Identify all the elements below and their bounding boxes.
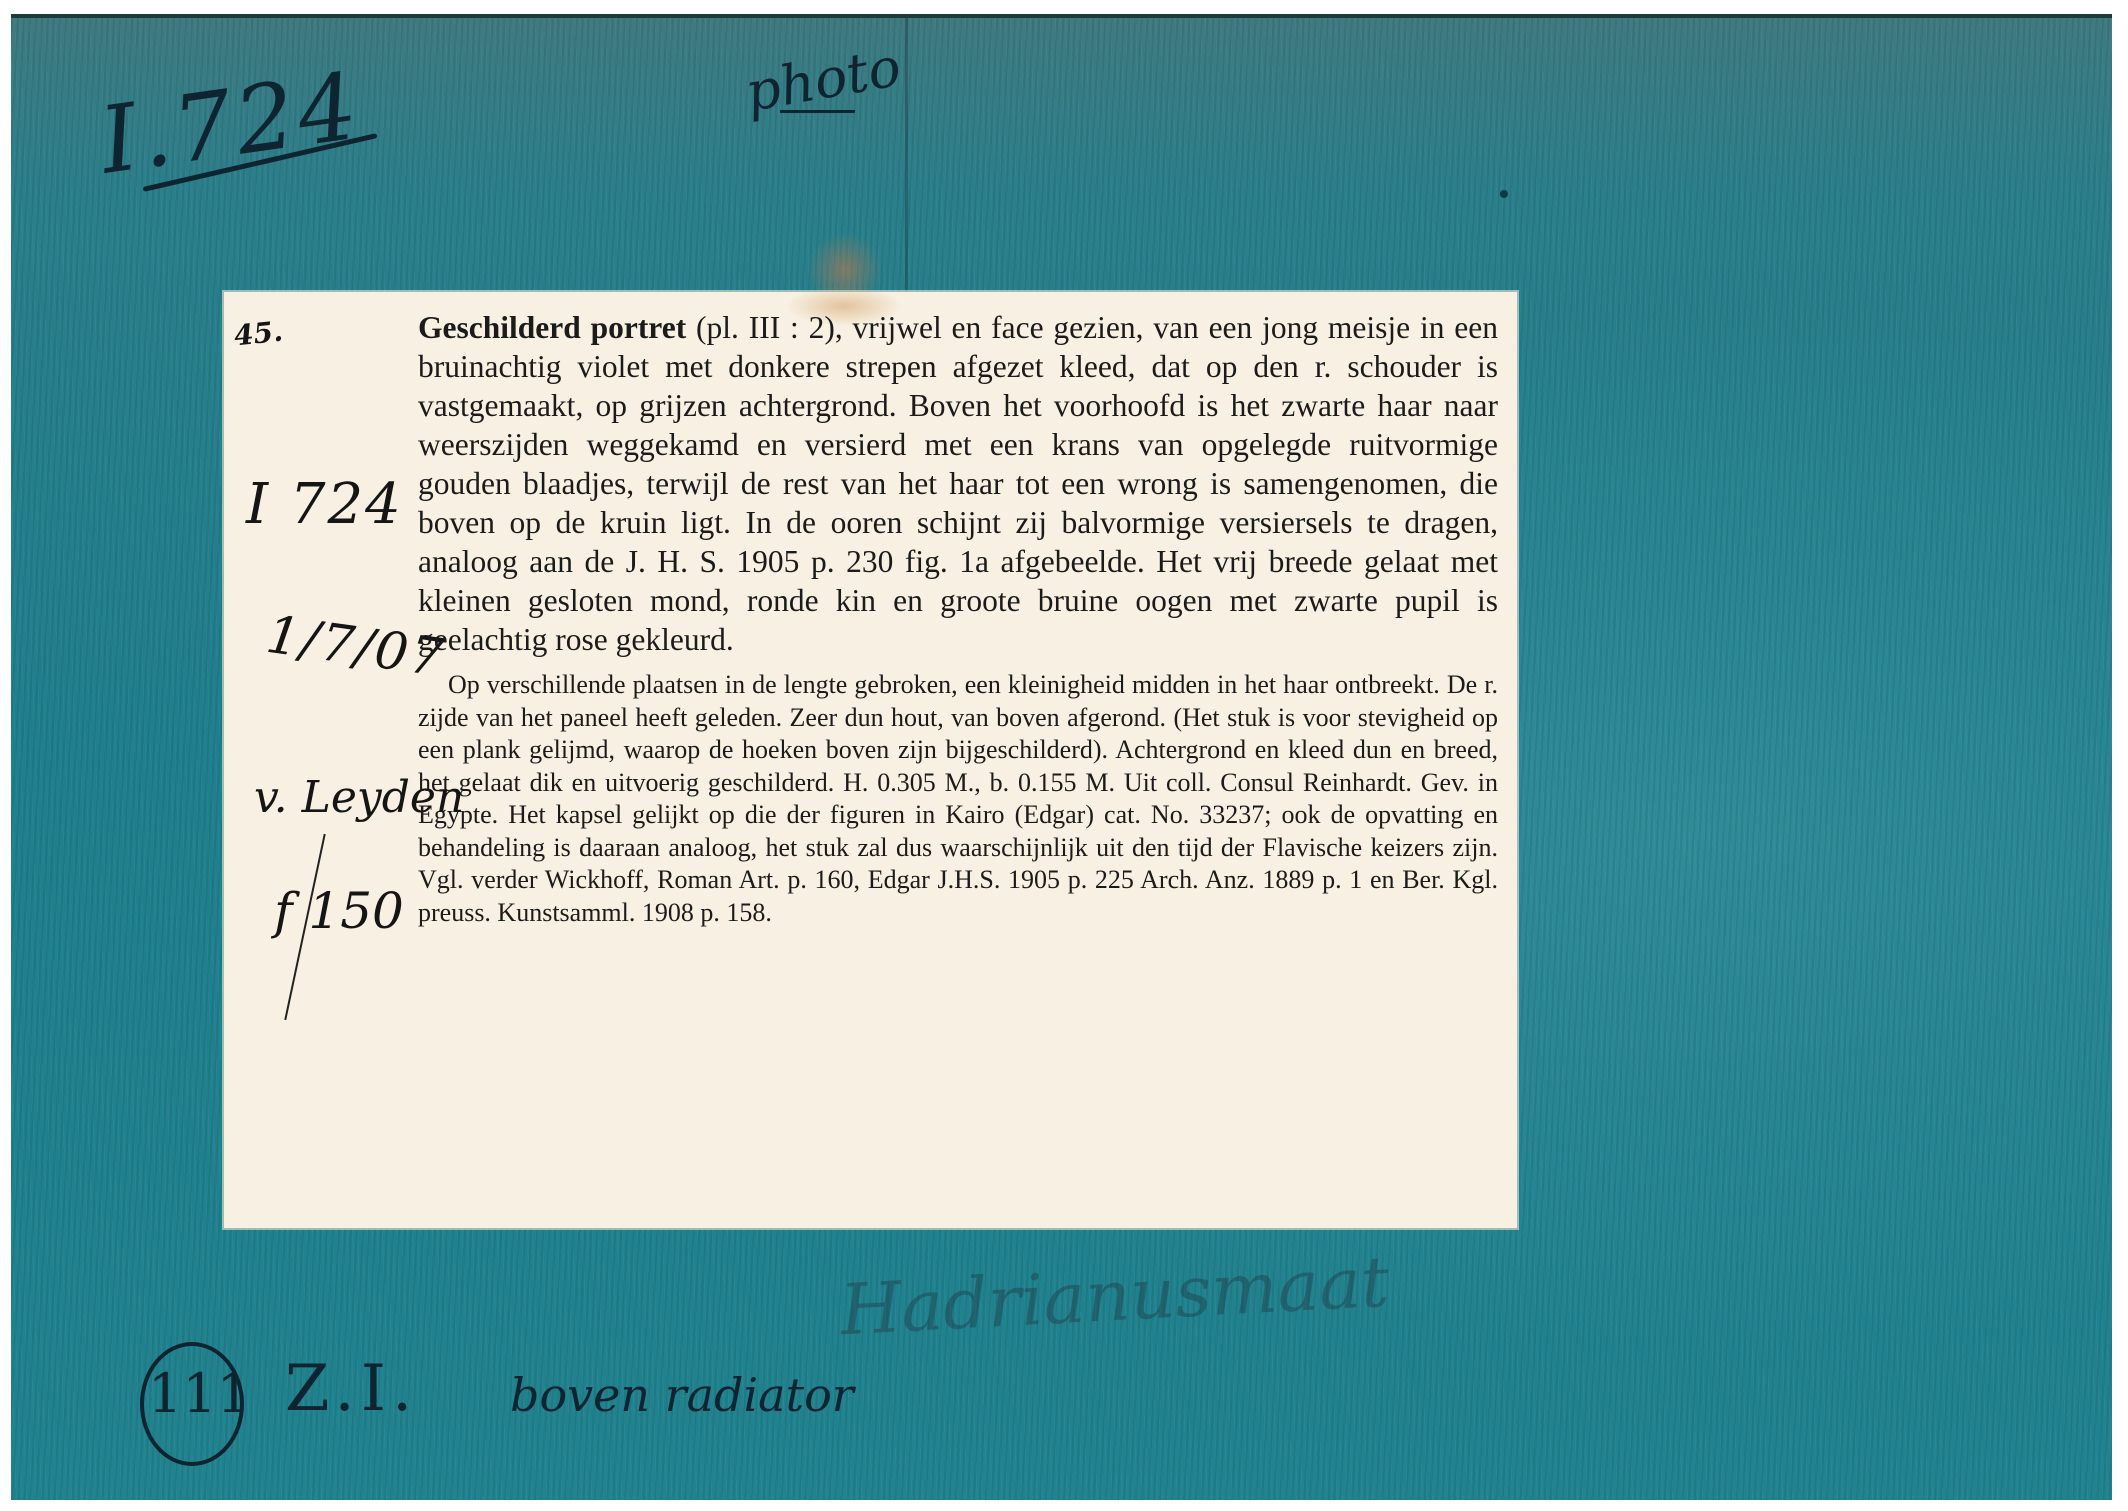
handwritten-price: f 150 [274, 882, 404, 940]
ink-dot [1500, 190, 1508, 198]
handwritten-inventory-margin: I 724 [246, 472, 403, 537]
location-note: boven radiator [510, 1368, 854, 1422]
entry-condition-notes: Op verschillende plaatsen in de lengte g… [418, 669, 1498, 929]
entry-description: Geschilderd portret (pl. III : 2), vrijw… [418, 308, 1498, 659]
handwritten-underline [780, 110, 855, 113]
board-fold-crease [905, 18, 908, 318]
catalogue-entry-number: 45. [232, 315, 284, 353]
catalogue-entry: Geschilderd portret (pl. III : 2), vrijw… [418, 308, 1498, 929]
entry-title: Geschilderd portret [418, 310, 686, 345]
entry-body: (pl. III : 2), vrijwel en face gezien, v… [418, 310, 1498, 657]
location-number: 111 [148, 1362, 228, 1425]
catalogue-clipping: 45. I 724 1/7/07 v. Leyden f 150 Geschil… [224, 292, 1517, 1228]
location-code: Z.I. [285, 1352, 418, 1426]
